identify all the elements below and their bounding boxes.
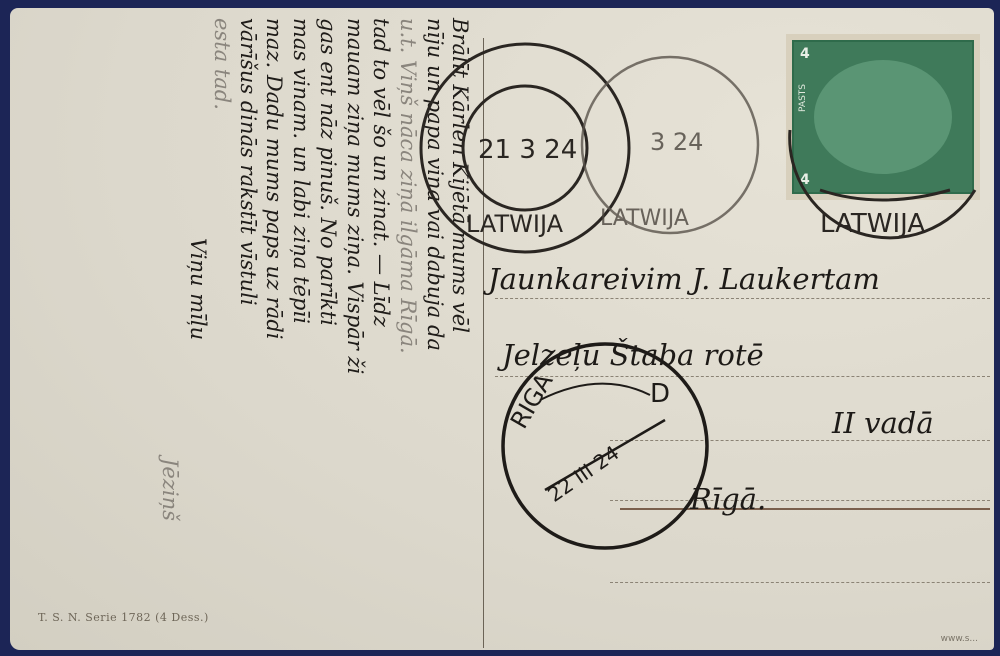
svg-text:22 III 24: 22 III 24 bbox=[543, 441, 623, 507]
postmark-riga: RIGA D 22 III 24 bbox=[503, 344, 707, 548]
svg-text:LATWIJA: LATWIJA bbox=[466, 210, 564, 238]
svg-text:3 24: 3 24 bbox=[650, 128, 703, 156]
svg-text:LATWIJA: LATWIJA bbox=[820, 209, 925, 239]
svg-text:D: D bbox=[650, 379, 670, 409]
postmarks: 21 3 24 LATWIJA 3 24 LATWIJA LATWIJA RIG… bbox=[0, 0, 1000, 656]
postmark-stamp-cancel: LATWIJA bbox=[790, 130, 975, 239]
postmark-cesis-2: 3 24 LATWIJA bbox=[582, 57, 758, 233]
postmark-cesis-1: 21 3 24 LATWIJA bbox=[421, 44, 629, 252]
svg-text:21 3 24: 21 3 24 bbox=[478, 135, 577, 165]
svg-text:LATWIJA: LATWIJA bbox=[600, 206, 689, 231]
